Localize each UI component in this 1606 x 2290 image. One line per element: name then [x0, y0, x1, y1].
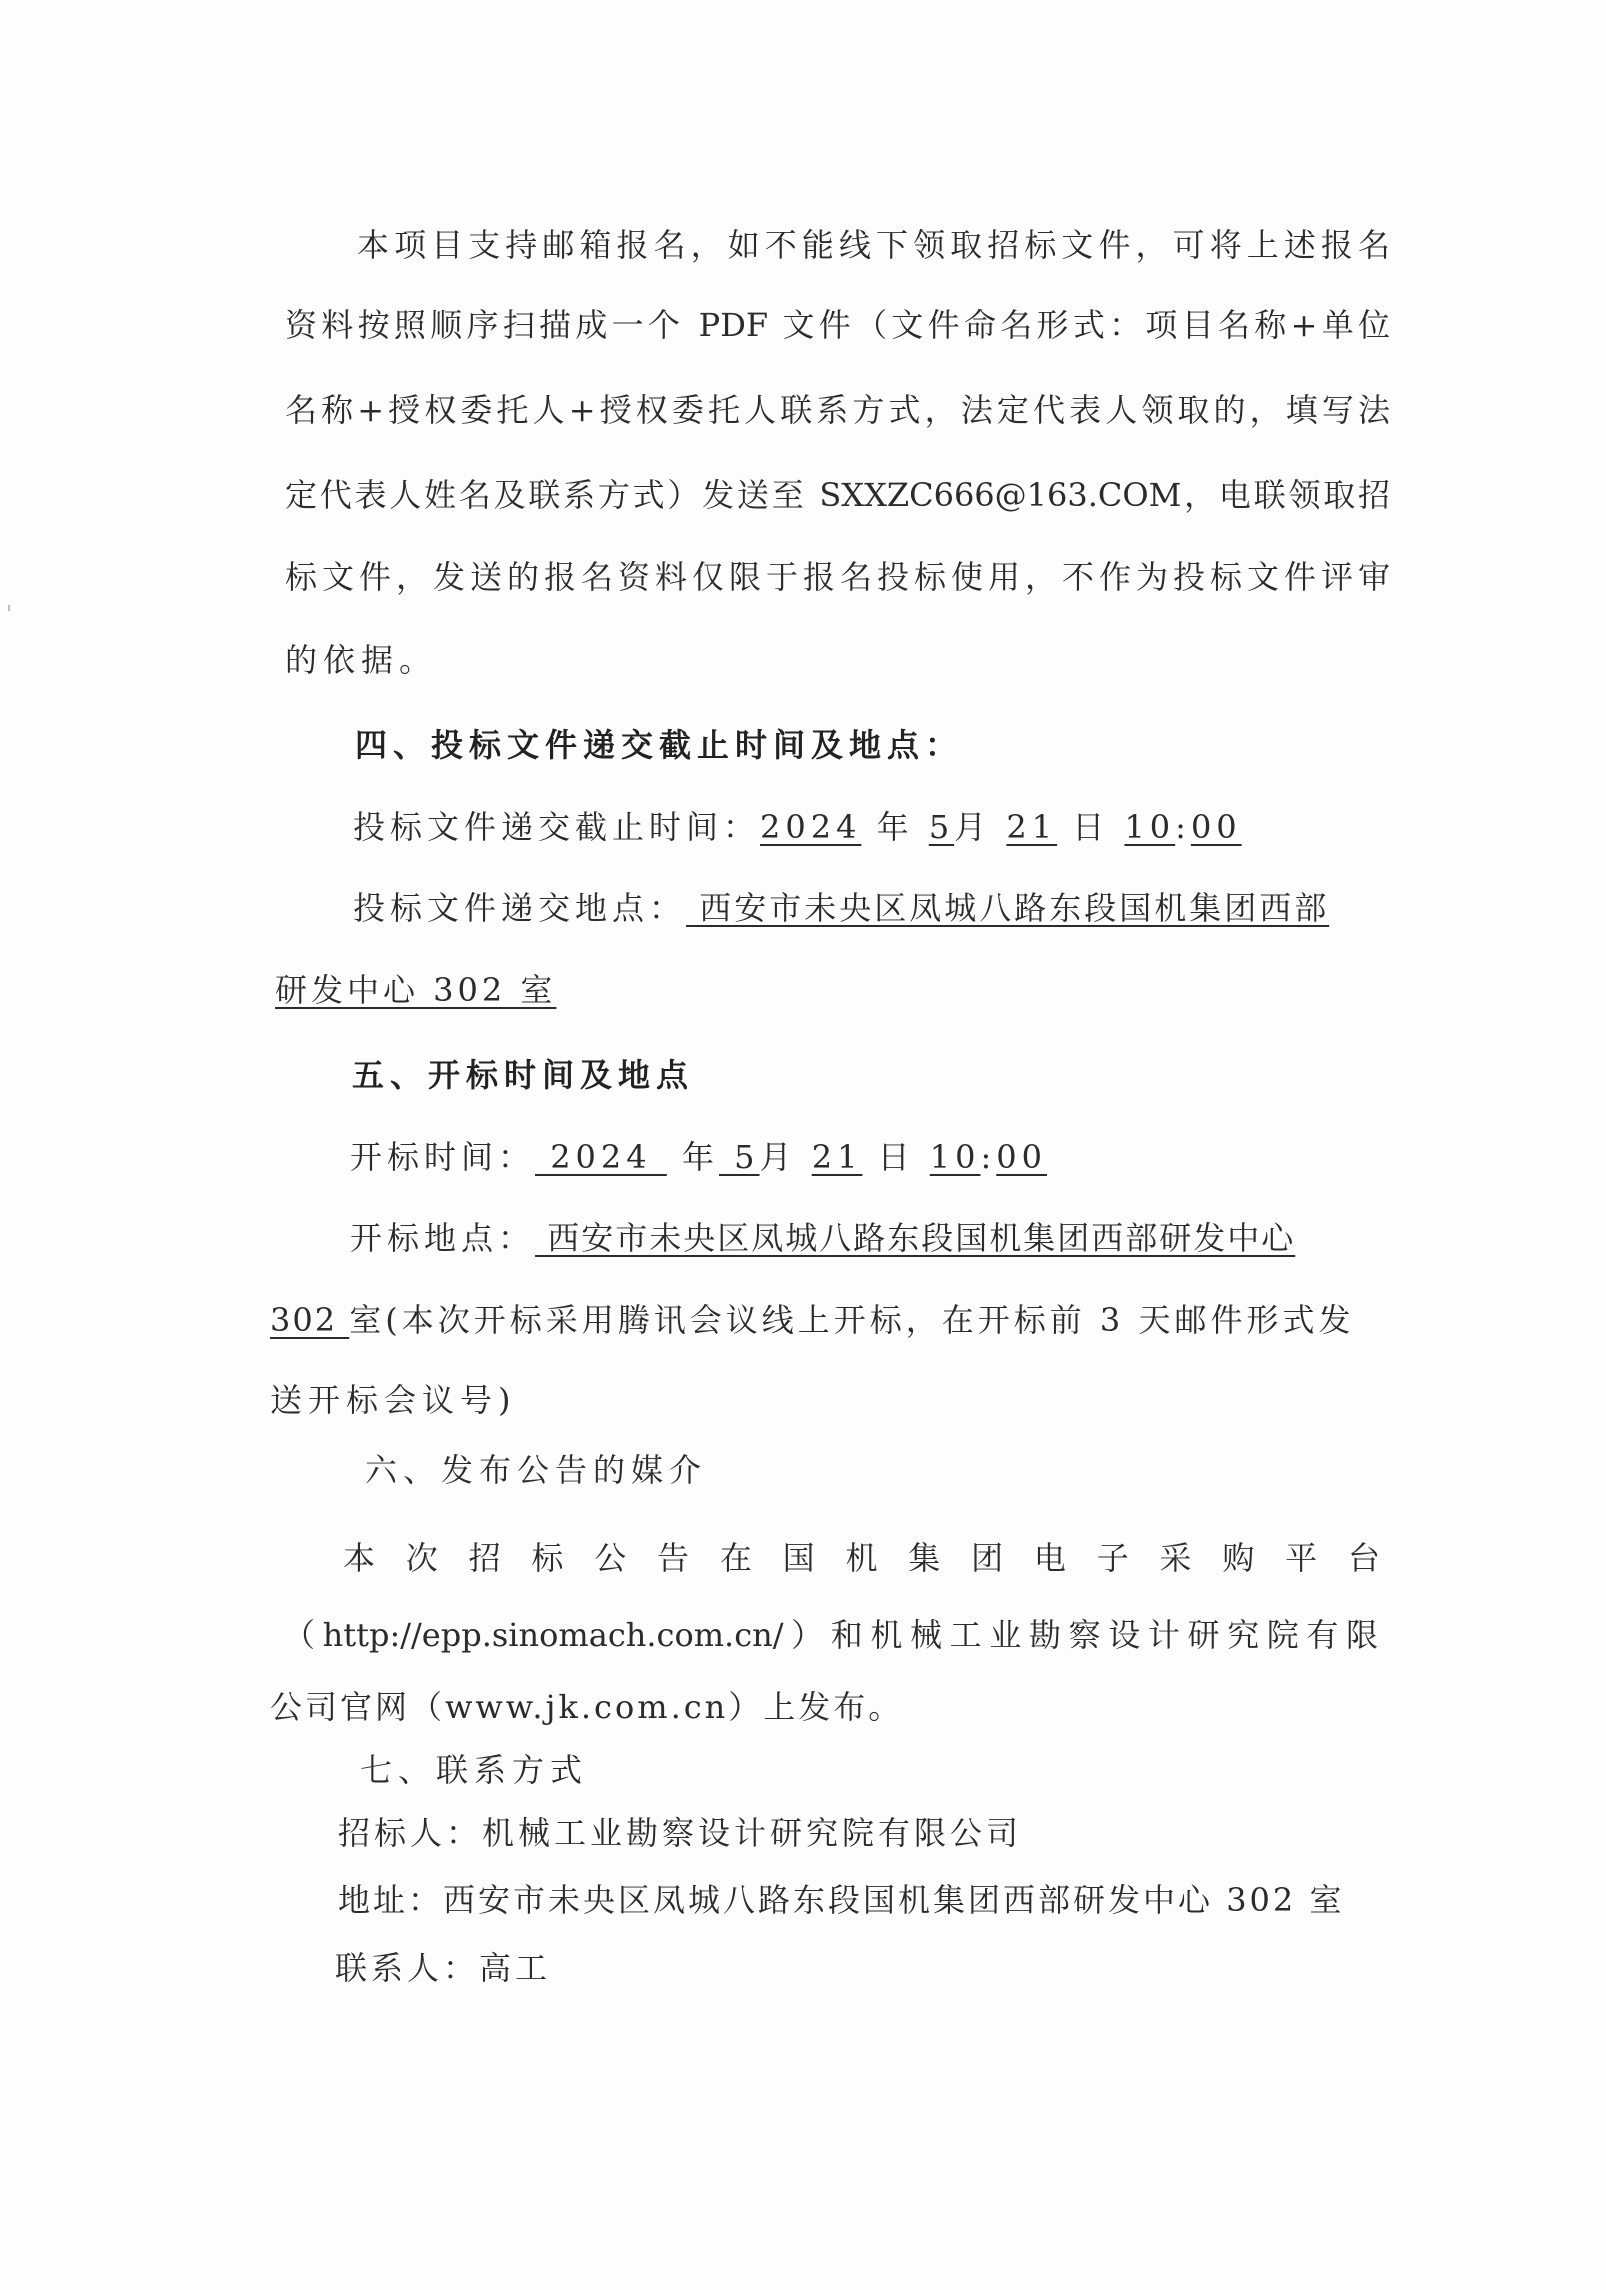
submission-location-line-2: 研发中心 302 室: [275, 965, 556, 1015]
deadline-minute: 00: [1191, 808, 1242, 846]
opening-note-line-2: 送开标会议号): [270, 1375, 517, 1425]
month-unit: 月: [954, 808, 991, 846]
opening-hour: 10: [930, 1138, 981, 1176]
section-heading-5: 五、开标时间及地点: [352, 1050, 694, 1100]
tenderer-line: 招标人：机械工业勘察设计研究院有限公司: [338, 1808, 1022, 1858]
paragraph-line: 资料按照顺序扫描成一个 PDF 文件（文件命名形式：项目名称+单位: [285, 300, 1390, 350]
media-website-text: 公司官网（www.jk.com.cn）上发布。: [270, 1688, 903, 1726]
address-line: 地址：西安市未央区凤城八路东段国机集团西部研发中心 302 室: [338, 1875, 1344, 1925]
media-line: 公司官网（www.jk.com.cn）上发布。: [270, 1682, 903, 1732]
deadline-hour: 10: [1124, 808, 1175, 846]
paragraph-line: 标文件，发送的报名资料仅限于报名投标使用，不作为投标文件评审: [285, 552, 1390, 602]
paragraph-line: 名称+授权委托人+授权委托人联系方式，法定代表人领取的，填写法: [285, 385, 1390, 435]
deadline-label: 投标文件递交截止时间：: [353, 808, 760, 846]
media-line: 本次招标公告在国机集团电子采购平台: [343, 1533, 1380, 1583]
contact-label: 联系人：: [335, 1949, 479, 1987]
opening-minute: 00: [996, 1138, 1047, 1176]
section-heading-4: 四、投标文件递交截止时间及地点：: [355, 720, 963, 770]
deadline-year: 2024: [760, 808, 861, 846]
tenderer-value: 机械工业勘察设计研究院有限公司: [482, 1814, 1022, 1852]
contact-line: 联系人：高工: [335, 1943, 551, 1993]
paragraph-line: 的依据。: [285, 635, 437, 685]
day-unit: 日: [1072, 808, 1109, 846]
submission-location-label: 投标文件递交地点：: [353, 889, 686, 927]
deadline-day: 21: [1006, 808, 1057, 846]
opening-location-label: 开标地点：: [350, 1219, 535, 1257]
opening-year: 2024: [535, 1138, 667, 1176]
submission-location-value-cont: 研发中心 302 室: [275, 971, 556, 1009]
year-unit: 年: [682, 1138, 719, 1176]
month-unit: 月: [760, 1138, 797, 1176]
paragraph-text: 名称+授权委托人+授权委托人联系方式，法定代表人领取的，填写法: [285, 385, 1390, 435]
paragraph-text: 本项目支持邮箱报名，如不能线下领取招标文件，可将上述报名: [357, 220, 1390, 270]
opening-location-line: 开标地点： 西安市未央区凤城八路东段国机集团西部研发中心: [350, 1213, 1380, 1263]
tenderer-label: 招标人：: [338, 1814, 482, 1852]
document-page: 本项目支持邮箱报名，如不能线下领取招标文件，可将上述报名 资料按照顺序扫描成一个…: [0, 0, 1606, 2290]
submission-location-value: 西安市未央区凤城八路东段国机集团西部: [686, 889, 1329, 927]
paragraph-line: 本项目支持邮箱报名，如不能线下领取招标文件，可将上述报名: [357, 220, 1390, 270]
paragraph-text: 标文件，发送的报名资料仅限于报名投标使用，不作为投标文件评审: [285, 552, 1390, 602]
deadline-month: 5: [929, 808, 954, 846]
address-label: 地址：: [338, 1881, 443, 1919]
year-unit: 年: [877, 808, 914, 846]
address-value: 西安市未央区凤城八路东段国机集团西部研发中心 302 室: [443, 1881, 1344, 1919]
deadline-line: 投标文件递交截止时间：2024 年 5月 21 日 10:00: [353, 802, 1242, 852]
opening-month: 5: [719, 1138, 760, 1176]
section-heading-7: 七、联系方式: [360, 1745, 588, 1795]
opening-note-cont: 送开标会议号): [270, 1381, 517, 1419]
opening-location-value-cont: 302: [270, 1301, 349, 1339]
time-colon: :: [1175, 808, 1191, 846]
opening-time-line: 开标时间： 2024 年 5月 21 日 10:00: [350, 1132, 1047, 1182]
scan-artifact: [8, 605, 10, 611]
paragraph-text: 的依据。: [285, 641, 437, 679]
opening-day: 21: [812, 1138, 863, 1176]
media-url-text: （http://epp.sinomach.com.cn/）和机械工业勘察设计研究…: [283, 1610, 1378, 1660]
section-heading-6: 六、发布公告的媒介: [365, 1445, 707, 1495]
opening-location-line-2: 302 室(本次开标采用腾讯会议线上开标，在开标前 3 天邮件形式发: [270, 1295, 1380, 1345]
submission-location-line: 投标文件递交地点： 西安市未央区凤城八路东段国机集团西部: [353, 883, 1390, 933]
day-unit: 日: [878, 1138, 915, 1176]
media-text: 本次招标公告在国机集团电子采购平台: [343, 1533, 1380, 1583]
opening-location-value: 西安市未央区凤城八路东段国机集团西部研发中心: [535, 1219, 1295, 1257]
paragraph-text: 定代表人姓名及联系方式）发送至 SXXZC666@163.COM，电联领取招: [285, 470, 1390, 520]
contact-value: 高工: [479, 1949, 551, 1987]
time-colon: :: [981, 1138, 997, 1176]
paragraph-line: 定代表人姓名及联系方式）发送至 SXXZC666@163.COM，电联领取招: [285, 470, 1390, 520]
paragraph-text: 资料按照顺序扫描成一个 PDF 文件（文件命名形式：项目名称+单位: [285, 300, 1390, 350]
opening-note: 室(本次开标采用腾讯会议线上开标，在开标前 3 天邮件形式发: [349, 1301, 1354, 1339]
media-line: （http://epp.sinomach.com.cn/）和机械工业勘察设计研究…: [283, 1610, 1378, 1660]
opening-time-label: 开标时间：: [350, 1138, 535, 1176]
